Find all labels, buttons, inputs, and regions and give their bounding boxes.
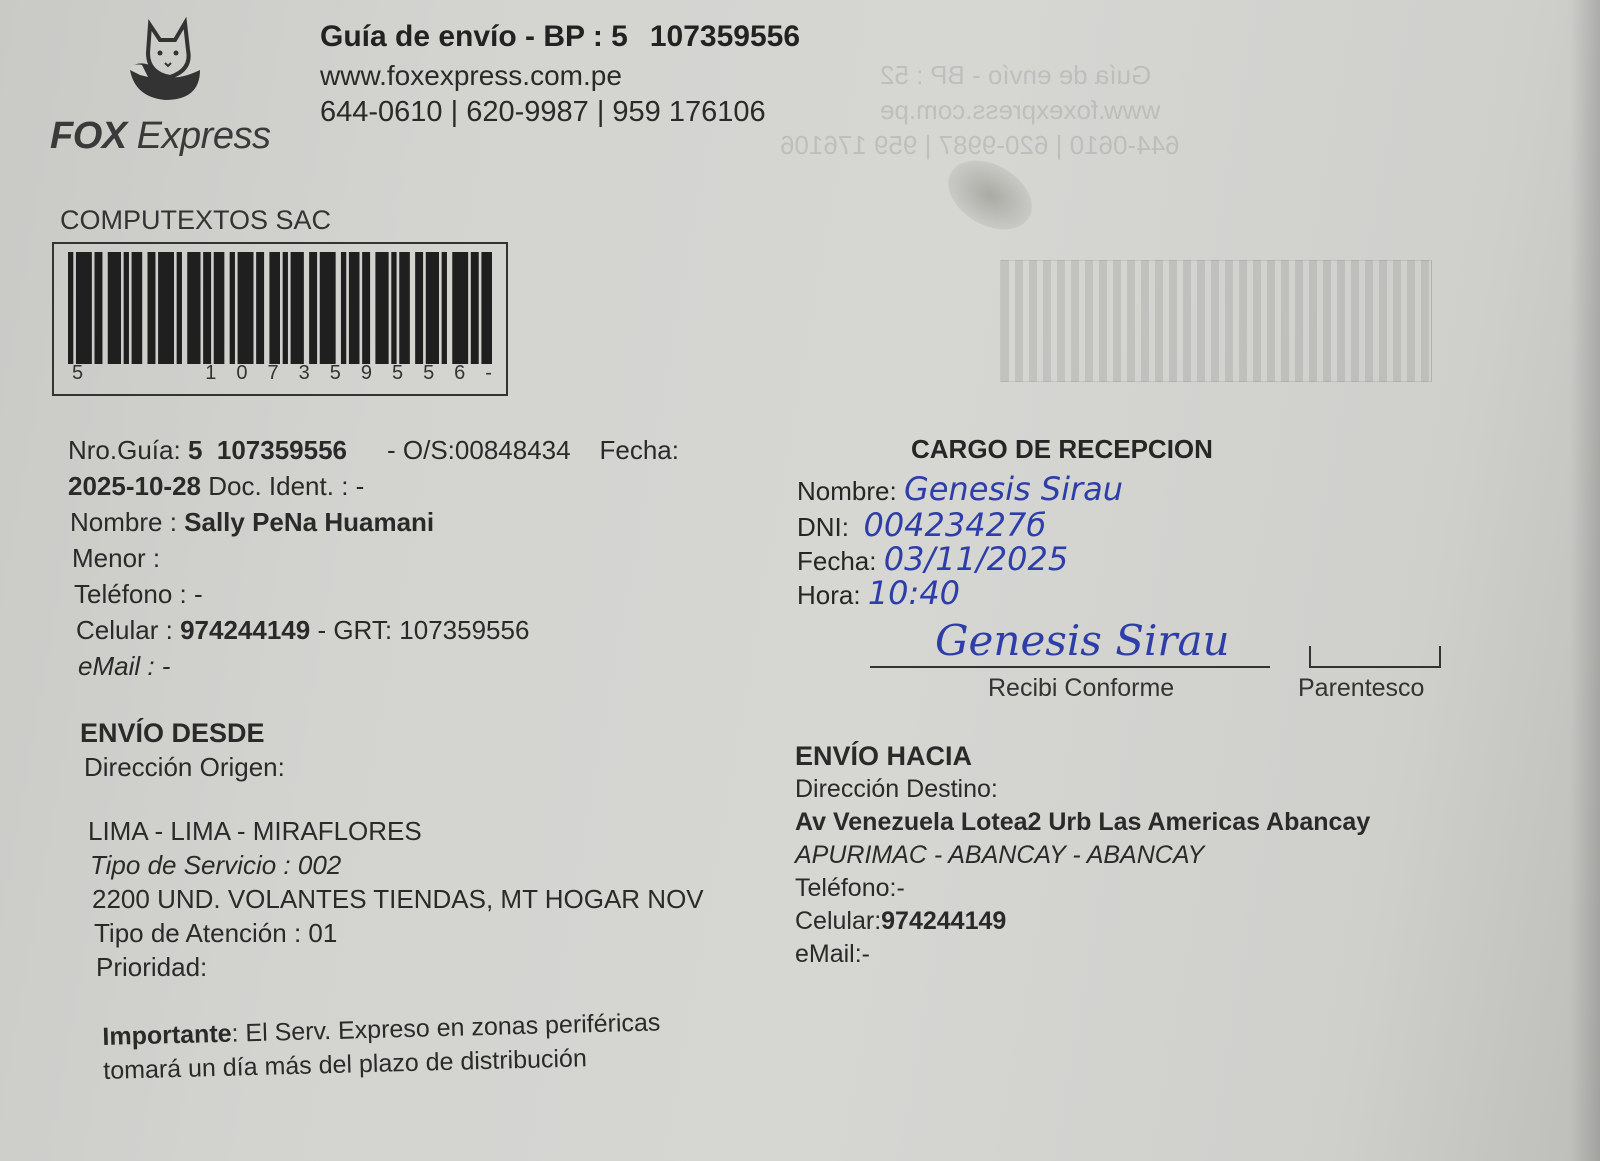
barcode-digit: 9 bbox=[361, 362, 372, 385]
origin-section: ENVÍO DESDE Dirección Origen: LIMA - LIM… bbox=[80, 716, 704, 984]
document-header: Guía de envío - BP : 5107359556 www.foxe… bbox=[320, 20, 800, 129]
signature: Genesis Sirau bbox=[935, 616, 1230, 665]
barcode-digit bbox=[103, 362, 109, 385]
minor-row: Menor : bbox=[72, 540, 679, 576]
barcode-digit: 1 bbox=[205, 362, 216, 385]
bleed-through-text: www.foxexpress.com.pe bbox=[880, 95, 1160, 126]
recipient-name-row: Nombre : Sally PeNa Huamani bbox=[70, 504, 679, 540]
receipt-time-row: Hora: 10:40 bbox=[797, 574, 960, 612]
barcode-digit: 6 bbox=[454, 362, 465, 385]
receipt-date-row: Fecha: 03/11/2025 bbox=[797, 540, 1068, 578]
barcode-bars bbox=[68, 252, 492, 364]
destination-phone: Teléfono:- bbox=[795, 872, 1370, 905]
barcode-digit: 3 bbox=[299, 362, 310, 385]
phone-numbers: 644-0610 | 620-9987 | 959 176106 bbox=[320, 96, 800, 129]
bleed-through-text: Guía de envío - BP : 52 bbox=[880, 60, 1151, 91]
fox-express-logo: FOX Express bbox=[50, 15, 300, 155]
guide-number-row: Nro.Guía: 5 107359556- O/S:00848434 Fech… bbox=[68, 432, 679, 468]
guide-title: Guía de envío - BP : 5107359556 bbox=[320, 20, 800, 54]
barcode: 5 107359556- bbox=[52, 242, 508, 396]
barcode-digit bbox=[180, 362, 186, 385]
barcode-digit: 5 bbox=[392, 362, 403, 385]
mobile-row: Celular : 974244149 - GRT: 107359556 bbox=[76, 612, 679, 648]
handwritten-dni: 00423427б bbox=[863, 506, 1046, 544]
priority: Prioridad: bbox=[96, 950, 704, 984]
destination-location: APURIMAC - ABANCAY - ABANCAY bbox=[795, 839, 1370, 872]
dni-row: DNI: 00423427б bbox=[797, 506, 1046, 544]
brand-name: FOX Express bbox=[50, 115, 270, 158]
signature-line bbox=[870, 666, 1270, 668]
destination-address: Av Venezuela Lotea2 Urb Las Americas Aba… bbox=[795, 806, 1370, 839]
fox-icon bbox=[120, 15, 215, 105]
receipt-title: CARGO DE RECEPCION bbox=[911, 434, 1213, 465]
important-note: Importante: El Serv. Expreso en zonas pe… bbox=[102, 1005, 662, 1088]
receiver-name-row: Nombre: Genesis Sirau bbox=[797, 470, 1123, 508]
barcode-digit bbox=[129, 362, 135, 385]
email-row: eMail : - bbox=[78, 648, 679, 684]
service-type: Tipo de Servicio : 002 bbox=[90, 848, 704, 882]
barcode-digit bbox=[154, 362, 160, 385]
sender-company: COMPUTEXTOS SAC bbox=[60, 205, 331, 236]
date-row: 2025-10-28 Doc. Ident. : - bbox=[68, 468, 679, 504]
origin-heading: ENVÍO DESDE bbox=[80, 716, 704, 750]
barcode-digit: 5 bbox=[423, 362, 434, 385]
relationship-field bbox=[1309, 646, 1441, 668]
destination-email: eMail:- bbox=[795, 938, 1370, 971]
destination-mobile: Celular:974244149 bbox=[795, 905, 1370, 938]
destination-heading: ENVÍO HACIA bbox=[795, 740, 1370, 773]
barcode-digits: 5 107359556- bbox=[72, 362, 492, 385]
bleed-through-barcode bbox=[1000, 260, 1432, 382]
bleed-through-text: 644-0610 | 620-9987 | 959 176106 bbox=[780, 130, 1180, 161]
website: www.foxexpress.com.pe bbox=[320, 60, 800, 92]
guide-info: Nro.Guía: 5 107359556- O/S:00848434 Fech… bbox=[68, 432, 679, 684]
relationship-label: Parentesco bbox=[1298, 674, 1424, 703]
attention-type: Tipo de Atención : 01 bbox=[94, 916, 704, 950]
paper-edge-shadow bbox=[1570, 0, 1600, 1161]
destination-address-label: Dirección Destino: bbox=[795, 773, 1370, 806]
phone-row: Teléfono : - bbox=[74, 576, 679, 612]
handwritten-time: 10:40 bbox=[868, 574, 960, 612]
barcode-digit: 7 bbox=[268, 362, 279, 385]
paper-stain bbox=[936, 147, 1044, 244]
handwritten-name: Genesis Sirau bbox=[904, 470, 1123, 508]
received-label: Recibi Conforme bbox=[988, 674, 1174, 703]
barcode-digit: - bbox=[485, 362, 492, 385]
origin-location: LIMA - LIMA - MIRAFLORES bbox=[88, 814, 704, 848]
barcode-digit: 5 bbox=[72, 362, 83, 385]
barcode-digit: 5 bbox=[330, 362, 341, 385]
package-contents: 2200 UND. VOLANTES TIENDAS, MT HOGAR NOV bbox=[92, 882, 704, 916]
handwritten-date: 03/11/2025 bbox=[884, 540, 1068, 578]
barcode-digit: 0 bbox=[236, 362, 247, 385]
origin-address-label: Dirección Origen: bbox=[84, 750, 704, 784]
destination-section: ENVÍO HACIA Dirección Destino: Av Venezu… bbox=[795, 740, 1370, 971]
